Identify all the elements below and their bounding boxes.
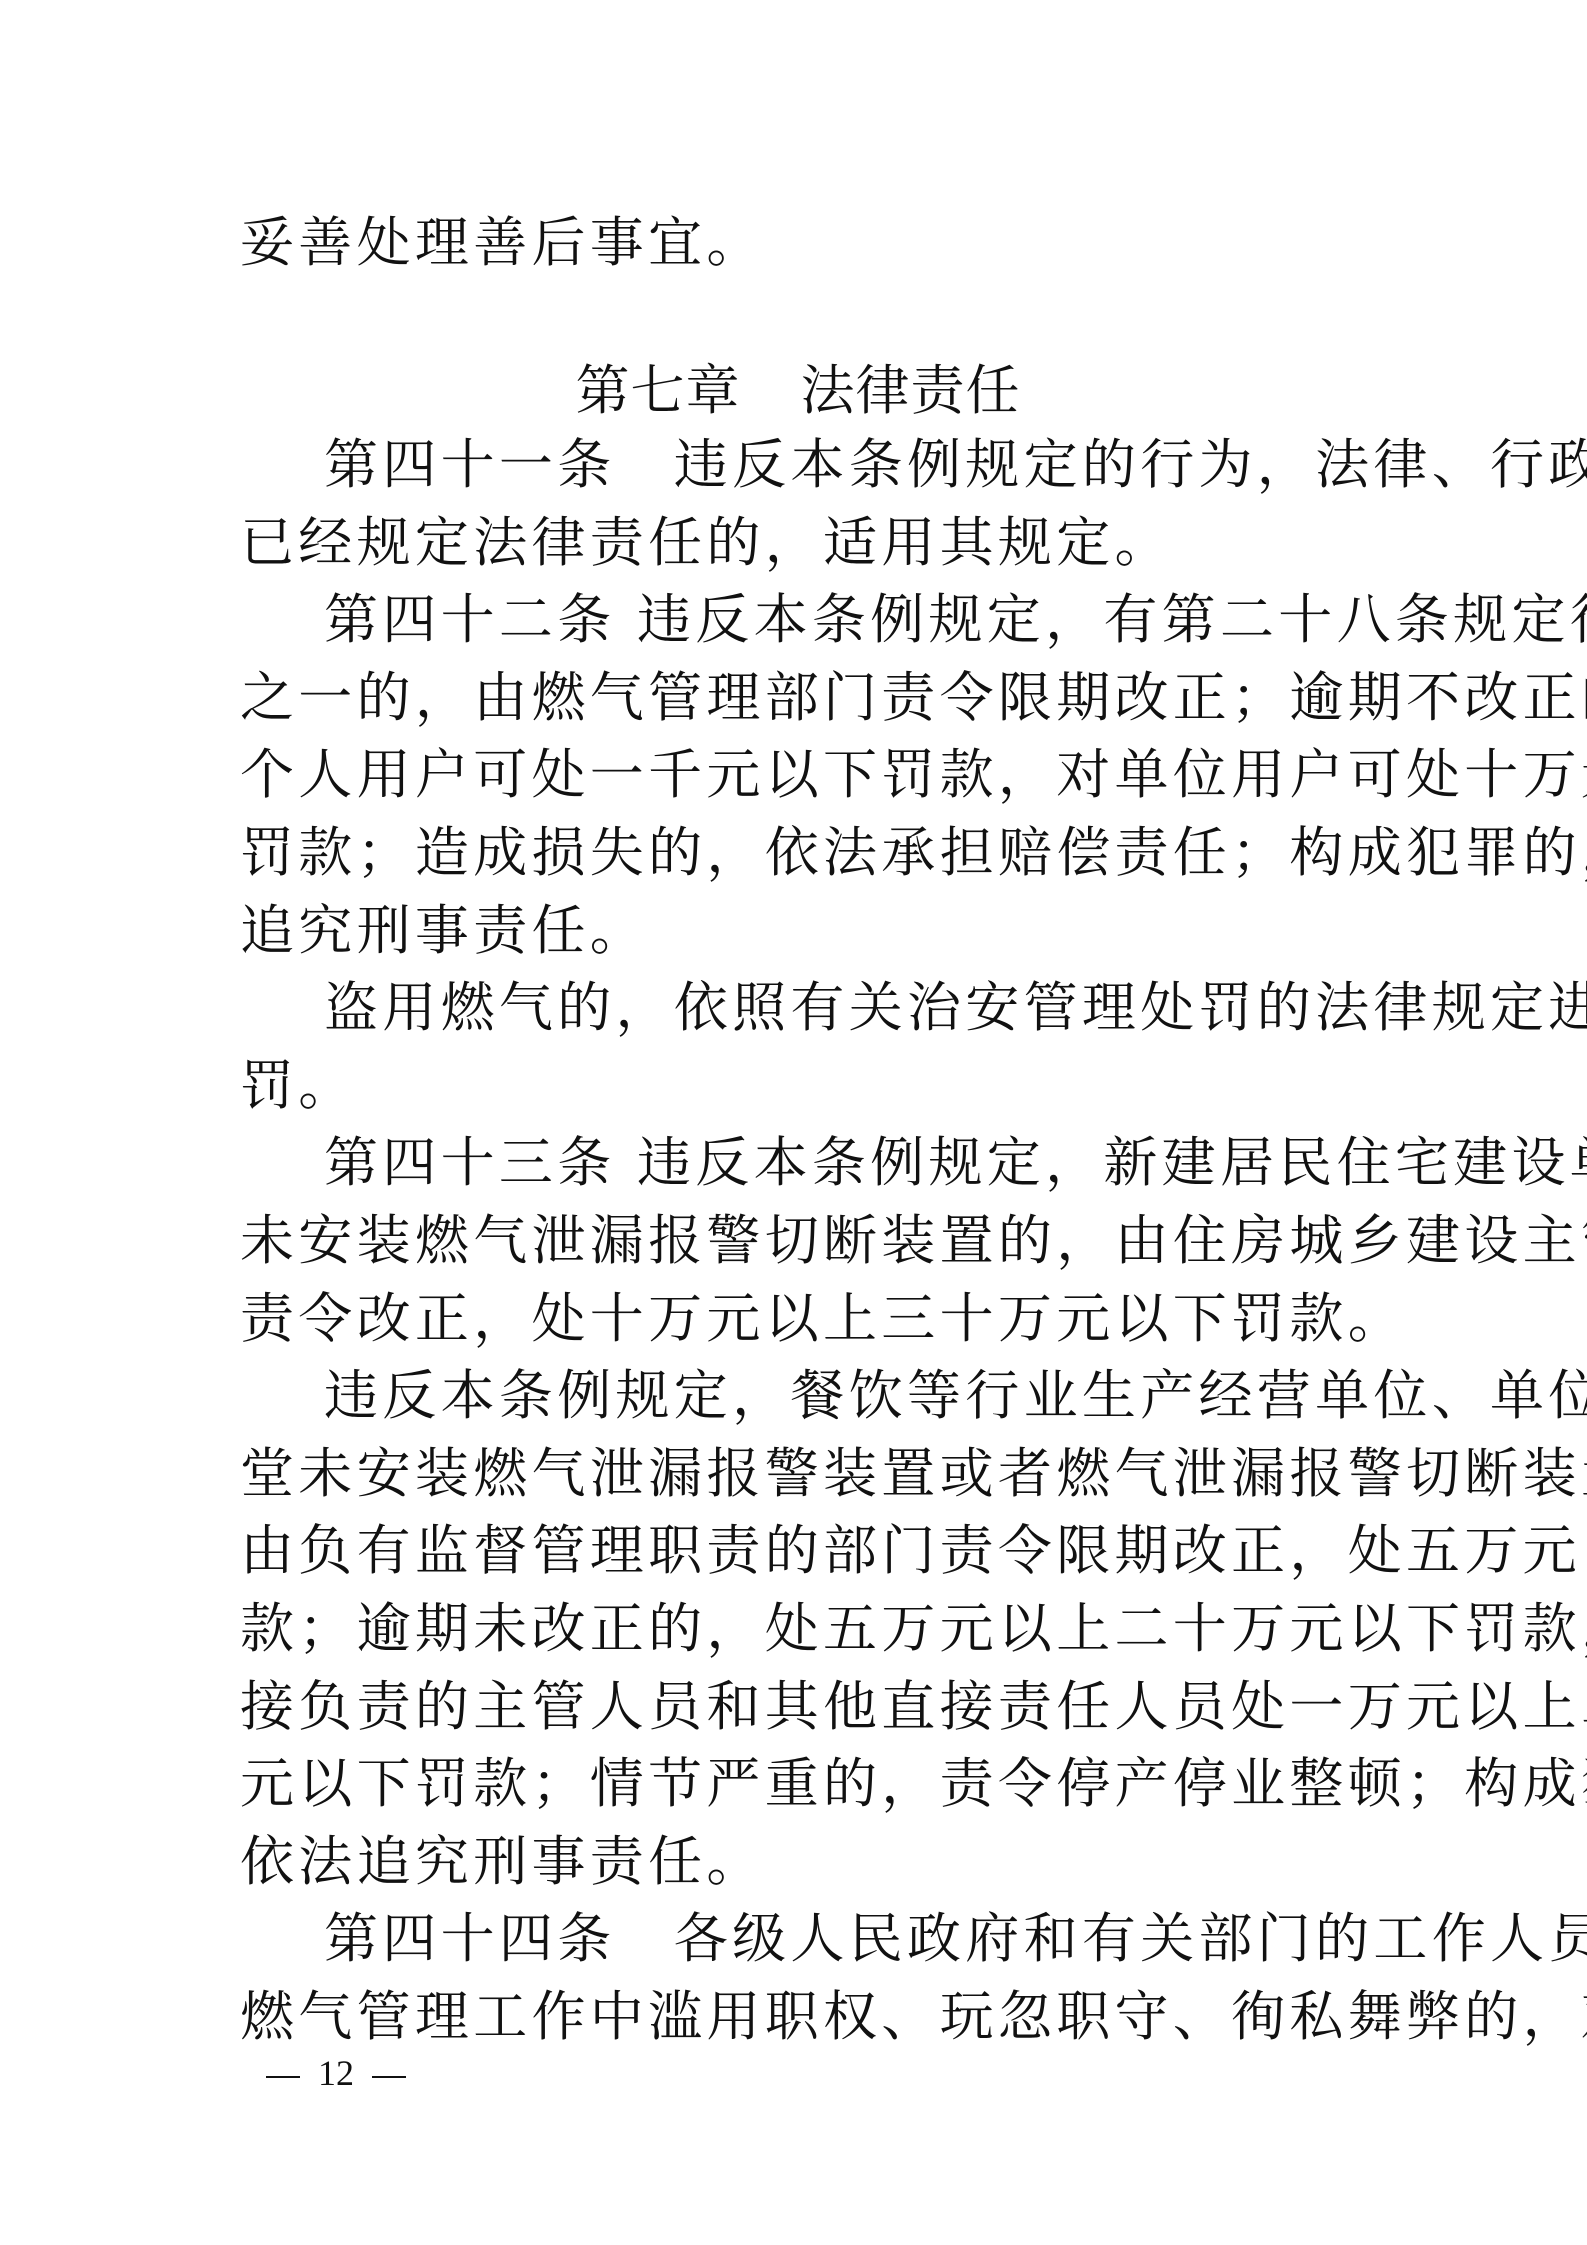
page-number: 12 — [318, 2053, 354, 2093]
text-line: 罚款；造成损失的，依法承担赔偿责任；构成犯罪的，依法 — [240, 814, 1356, 892]
text-line: 盗用燃气的，依照有关治安管理处罚的法律规定进行处 — [240, 969, 1356, 1047]
text-line: 第四十三条 违反本条例规定，新建居民住宅建设单位 — [240, 1124, 1356, 1202]
chapter-title: 法律责任 — [801, 359, 1021, 422]
text-line: 接负责的主管人员和其他直接责任人员处一万元以上二万 — [240, 1668, 1356, 1746]
text-line: 之一的，由燃气管理部门责令限期改正；逾期不改正的，对 — [240, 659, 1356, 737]
page-footer: 12 — [248, 2048, 424, 2098]
text-line: 燃气管理工作中滥用职权、玩忽职守、徇私舞弊的，对直接 — [240, 1978, 1356, 2056]
text-line: 堂未安装燃气泄漏报警装置或者燃气泄漏报警切断装置的， — [240, 1435, 1356, 1513]
text-line: 责令改正，处十万元以上三十万元以下罚款。 — [240, 1280, 1356, 1358]
text-line: 第四十四条 各级人民政府和有关部门的工作人员，在 — [240, 1900, 1356, 1978]
text-line: 已经规定法律责任的，适用其规定。 — [240, 504, 1356, 582]
text-line: 第四十一条 违反本条例规定的行为，法律、行政法规 — [240, 426, 1356, 504]
chapter-number: 第七章 — [576, 359, 741, 422]
text-line: 元以下罚款；情节严重的，责令停产停业整顿；构成犯罪的， — [240, 1745, 1356, 1823]
chapter-heading: 第七章法律责任 — [240, 352, 1356, 430]
continuation-line: 妥善处理善后事宜。 — [240, 204, 1356, 282]
text-line: 未安装燃气泄漏报警切断装置的，由住房城乡建设主管部门 — [240, 1202, 1356, 1280]
text-line: 依法追究刑事责任。 — [240, 1823, 1356, 1901]
text-line: 第四十二条 违反本条例规定，有第二十八条规定行为 — [240, 581, 1356, 659]
text-line: 由负有监督管理职责的部门责令限期改正，处五万元以下罚 — [240, 1512, 1356, 1590]
dash-left — [266, 2076, 300, 2078]
text-line: 追究刑事责任。 — [240, 892, 1356, 970]
dash-right — [372, 2076, 406, 2078]
text-line: 款；逾期未改正的，处五万元以上二十万元以下罚款，对直 — [240, 1590, 1356, 1668]
text-line: 个人用户可处一千元以下罚款，对单位用户可处十万元以下 — [240, 736, 1356, 814]
text-line: 违反本条例规定，餐饮等行业生产经营单位、单位食 — [240, 1357, 1356, 1435]
text-line: 罚。 — [240, 1047, 1356, 1125]
